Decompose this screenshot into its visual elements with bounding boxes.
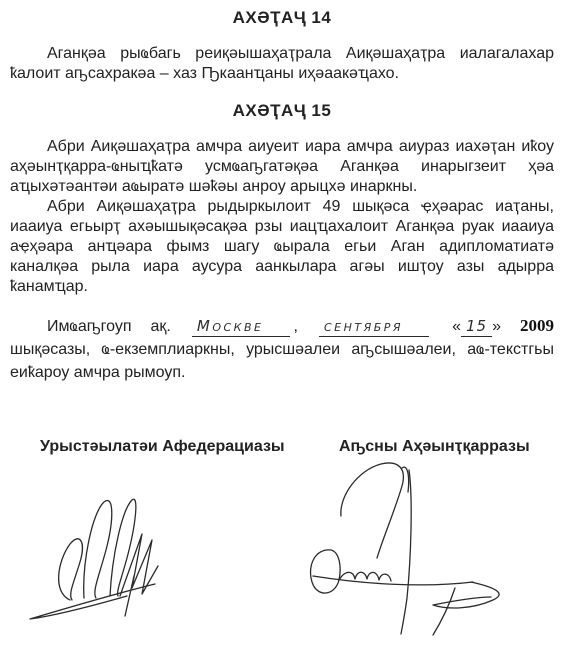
- execution-prefix: Имҩаҧгоуп ақ.: [47, 318, 171, 335]
- signature-right: [303, 458, 518, 643]
- article-15-paragraph-2: Абри Аиқәшаҳаҭра рыдыркылоит 49 шықәса ҿ…: [10, 197, 554, 297]
- month-handwritten: сентября: [319, 317, 429, 337]
- execution-clause: Имҩаҧгоуп ақ. Москве, сентября «15» 2009…: [10, 314, 554, 384]
- quote-close: »: [492, 318, 501, 335]
- article-14-paragraph: Аганқәа рыҩбагь реиқәышаҳаҭрала Аиқәшаҳа…: [10, 44, 554, 84]
- signature-left: [22, 488, 182, 628]
- treaty-page: АХӘҬАҶ 14 Аганқәа рыҩбагь реиқәышаҳаҭрал…: [0, 0, 574, 653]
- year: 2009: [520, 316, 554, 335]
- article-14-heading: АХӘҬАҶ 14: [10, 8, 554, 28]
- execution-suffix: шықәсазы, ҩ-екземплиаркны, урысшәалеи аҧ…: [10, 341, 554, 381]
- signatory-russia-label: Урыстәылатәи Афедерациазы: [10, 438, 315, 456]
- signature-labels: Урыстәылатәи Афедерациазы Аҧсны Аҳәынҭқа…: [10, 438, 554, 456]
- day-handwritten: 15: [461, 317, 492, 337]
- signatory-abkhazia-label: Аҧсны Аҳәынҭқарразы: [315, 438, 554, 456]
- city-handwritten: Москве: [192, 317, 290, 337]
- quote-open: «: [452, 318, 461, 335]
- article-15-heading: АХӘҬАҶ 15: [10, 101, 554, 121]
- day-quoted: «15»: [452, 318, 501, 335]
- signature-area: [10, 458, 554, 653]
- article-15-paragraph-1: Абри Аиқәшаҳаҭра амчра аиуеит иара амчра…: [10, 137, 554, 197]
- comma: ,: [294, 318, 298, 335]
